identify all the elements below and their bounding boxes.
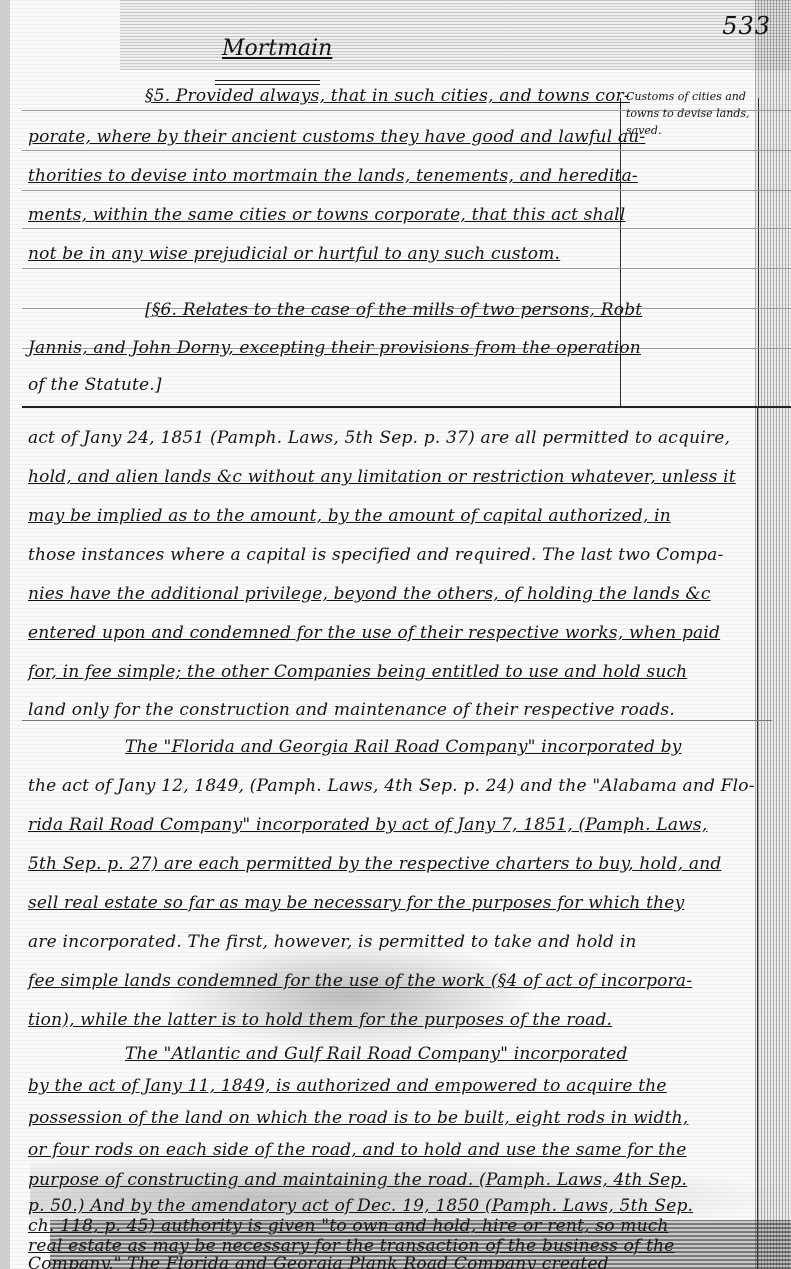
section6-line: [§6. Relates to the case of the mills of… [145,300,642,320]
body-line: entered upon and condemned for the use o… [28,623,720,643]
body-line: for, in fee simple; the other Companies … [28,662,687,682]
body-line: rida Rail Road Company" incorporated by … [28,815,707,835]
body-line: hold, and alien lands &c without any lim… [28,467,736,487]
body-line: those instances where a capital is speci… [28,545,723,565]
margin-note: Customs of cities and towns to devise la… [626,88,756,139]
section6-line: of the Statute.] [28,375,162,395]
ruled-line [22,228,791,229]
body-line: nies have the additional privilege, beyo… [28,584,711,604]
body-line: sell real estate so far as may be necess… [28,893,684,913]
body-line: The "Florida and Georgia Rail Road Compa… [125,737,682,757]
body-line: or four rods on each side of the road, a… [28,1140,687,1160]
body-line: may be implied as to the amount, by the … [28,506,671,526]
body-line: act of Jany 24, 1851 (Pamph. Laws, 5th S… [28,428,730,448]
body-line: Company." The Florida and Georgia Plank … [28,1254,609,1269]
body-line: fee simple lands condemned for the use o… [28,971,692,991]
margin-column-rule-outer [758,98,759,406]
body-line: by the act of Jany 11, 1849, is authoriz… [28,1076,667,1096]
page-number: 533 [722,12,771,40]
ruled-line [22,190,791,191]
body-line: the act of Jany 12, 1849, (Pamph. Laws, … [28,776,755,796]
bleed-through-middle [160,940,540,1050]
body-line: possession of the land on which the road… [28,1108,688,1128]
page-heading: Mortmain [222,36,332,61]
section5-line: porate, where by their ancient customs t… [28,127,645,147]
ruled-line [22,720,772,721]
body-line: are incorporated. The first, however, is… [28,932,637,952]
right-margin-rule [757,406,758,1269]
section5-line: not be in any wise prejudicial or hurtfu… [28,244,560,264]
ruled-line [22,150,791,151]
body-line: The "Atlantic and Gulf Rail Road Company… [125,1044,628,1064]
heading-underline-double [215,84,320,85]
section6-line: Jannis, and John Dorny, excepting their … [28,338,641,358]
body-line: real estate as may be necessary for the … [28,1236,675,1256]
body-line: ch. 118, p. 45) authority is given "to o… [28,1216,669,1236]
body-line: purpose of constructing and maintaining … [28,1170,687,1190]
section5-line: thorities to devise into mortmain the la… [28,166,638,186]
body-line: p. 50.) And by the amendatory act of Dec… [28,1196,693,1216]
section5-line: ments, within the same cities or towns c… [28,205,625,225]
ruled-line [22,268,791,269]
section5-line: §5. Provided always, that in such cities… [145,86,630,106]
bleed-through-top [120,0,791,70]
heading-underline [215,80,320,81]
body-line: 5th Sep. p. 27) are each permitted by th… [28,854,721,874]
body-line: tion), while the latter is to hold them … [28,1010,612,1030]
body-line: land only for the construction and maint… [28,700,675,720]
